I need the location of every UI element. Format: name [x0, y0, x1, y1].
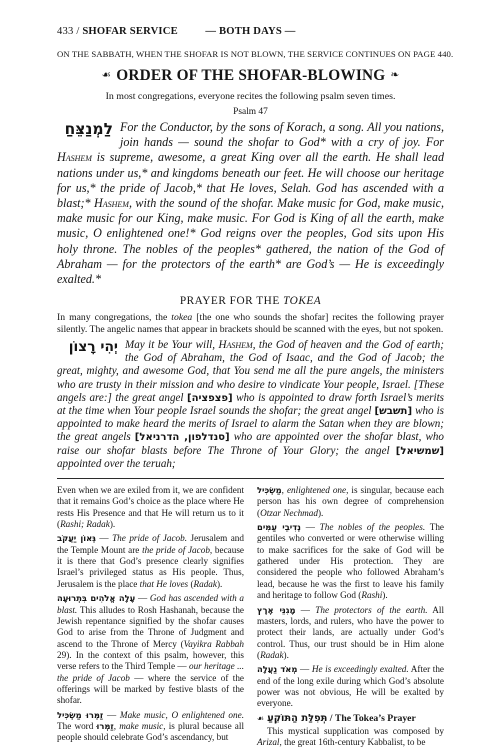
right-fleuron-icon: ❧: [390, 69, 399, 81]
commentary-paragraph: מָגִנֵּי אֶרֶץ — The protectors of the e…: [257, 605, 444, 662]
tokea-heading-separator: /: [327, 713, 335, 724]
sabbath-instruction: ON THE SABBATH, WHEN THE SHOFAR IS NOT B…: [57, 49, 444, 59]
psalm-text: לַמְנַצֵּחַFor the Conductor, by the son…: [57, 120, 444, 287]
commentary-paragraph: נְדִיבֵי עַמִּים — The nobles of the peo…: [257, 522, 444, 601]
days-header: — BOTH DAYS —: [205, 26, 295, 37]
psalm-instruction: In most congregations, everyone recites …: [57, 91, 444, 102]
commentary-divider: [57, 478, 444, 479]
tokea-prayer-commentary-heading: ☙תְּפִלַּת הַתּוֹקֵעַ / The Tokea’s Pray…: [257, 713, 444, 724]
commentary-paragraph: עָלָה אֱלֹהִים בִּתְרוּעָה — God has asc…: [57, 593, 244, 706]
fleuron-icon: ☙: [257, 714, 264, 723]
running-head: 433 / SHOFAR SERVICE — BOTH DAYS —: [57, 26, 444, 37]
commentary-paragraph: גְּאוֹן יַעֲקֹב — The pride of Jacob. Je…: [57, 533, 244, 590]
prayer-for-tokea-heading: PRAYER FOR THE TOKEA: [57, 295, 444, 307]
page-number-title: 433 / SHOFAR SERVICE: [57, 26, 205, 37]
commentary-right-column: מַשְׂכִּיל, enlightened one, is singular…: [257, 485, 444, 752]
hebrew-opener-yehi-ratzon: יְהִי רָצוֹן: [57, 339, 118, 363]
tokea-prayer-text: יְהִי רָצוֹןMay it be Your will, Hashem,…: [57, 339, 444, 471]
tokea-heading-english: The Tokea’s Prayer: [335, 713, 416, 724]
commentary-paragraph: מַשְׂכִּיל, enlightened one, is singular…: [257, 485, 444, 519]
section-title: ☙ORDER OF THE SHOFAR-BLOWING❧: [57, 67, 444, 85]
siddur-page: 433 / SHOFAR SERVICE — BOTH DAYS — ON TH…: [0, 0, 500, 756]
hebrew-opener-lamnatzeach: לַמְנַצֵּחַ: [57, 120, 113, 148]
tokea-instruction: In many congregations, the tokea [the on…: [57, 312, 444, 336]
section-title-text: ORDER OF THE SHOFAR-BLOWING: [116, 67, 385, 84]
commentary-section: Even when we are exiled from it, we are …: [57, 485, 444, 752]
tokea-heading-hebrew: תְּפִלַּת הַתּוֹקֵעַ: [267, 713, 327, 724]
commentary-paragraph: מְאֹד נַעֲלָה — He is exceedingly exalte…: [257, 664, 444, 709]
psalm-body: For the Conductor, by the sons of Korach…: [57, 120, 444, 286]
psalm-label: Psalm 47: [57, 107, 444, 117]
commentary-left-column: Even when we are exiled from it, we are …: [57, 485, 244, 752]
commentary-paragraph: זַמְּרוּ מַשְׂכִּיל — Make music, O enli…: [57, 710, 244, 744]
commentary-paragraph: This mystical supplication was composed …: [257, 726, 444, 749]
left-fleuron-icon: ☙: [102, 69, 112, 81]
commentary-paragraph: Even when we are exiled from it, we are …: [57, 485, 244, 530]
